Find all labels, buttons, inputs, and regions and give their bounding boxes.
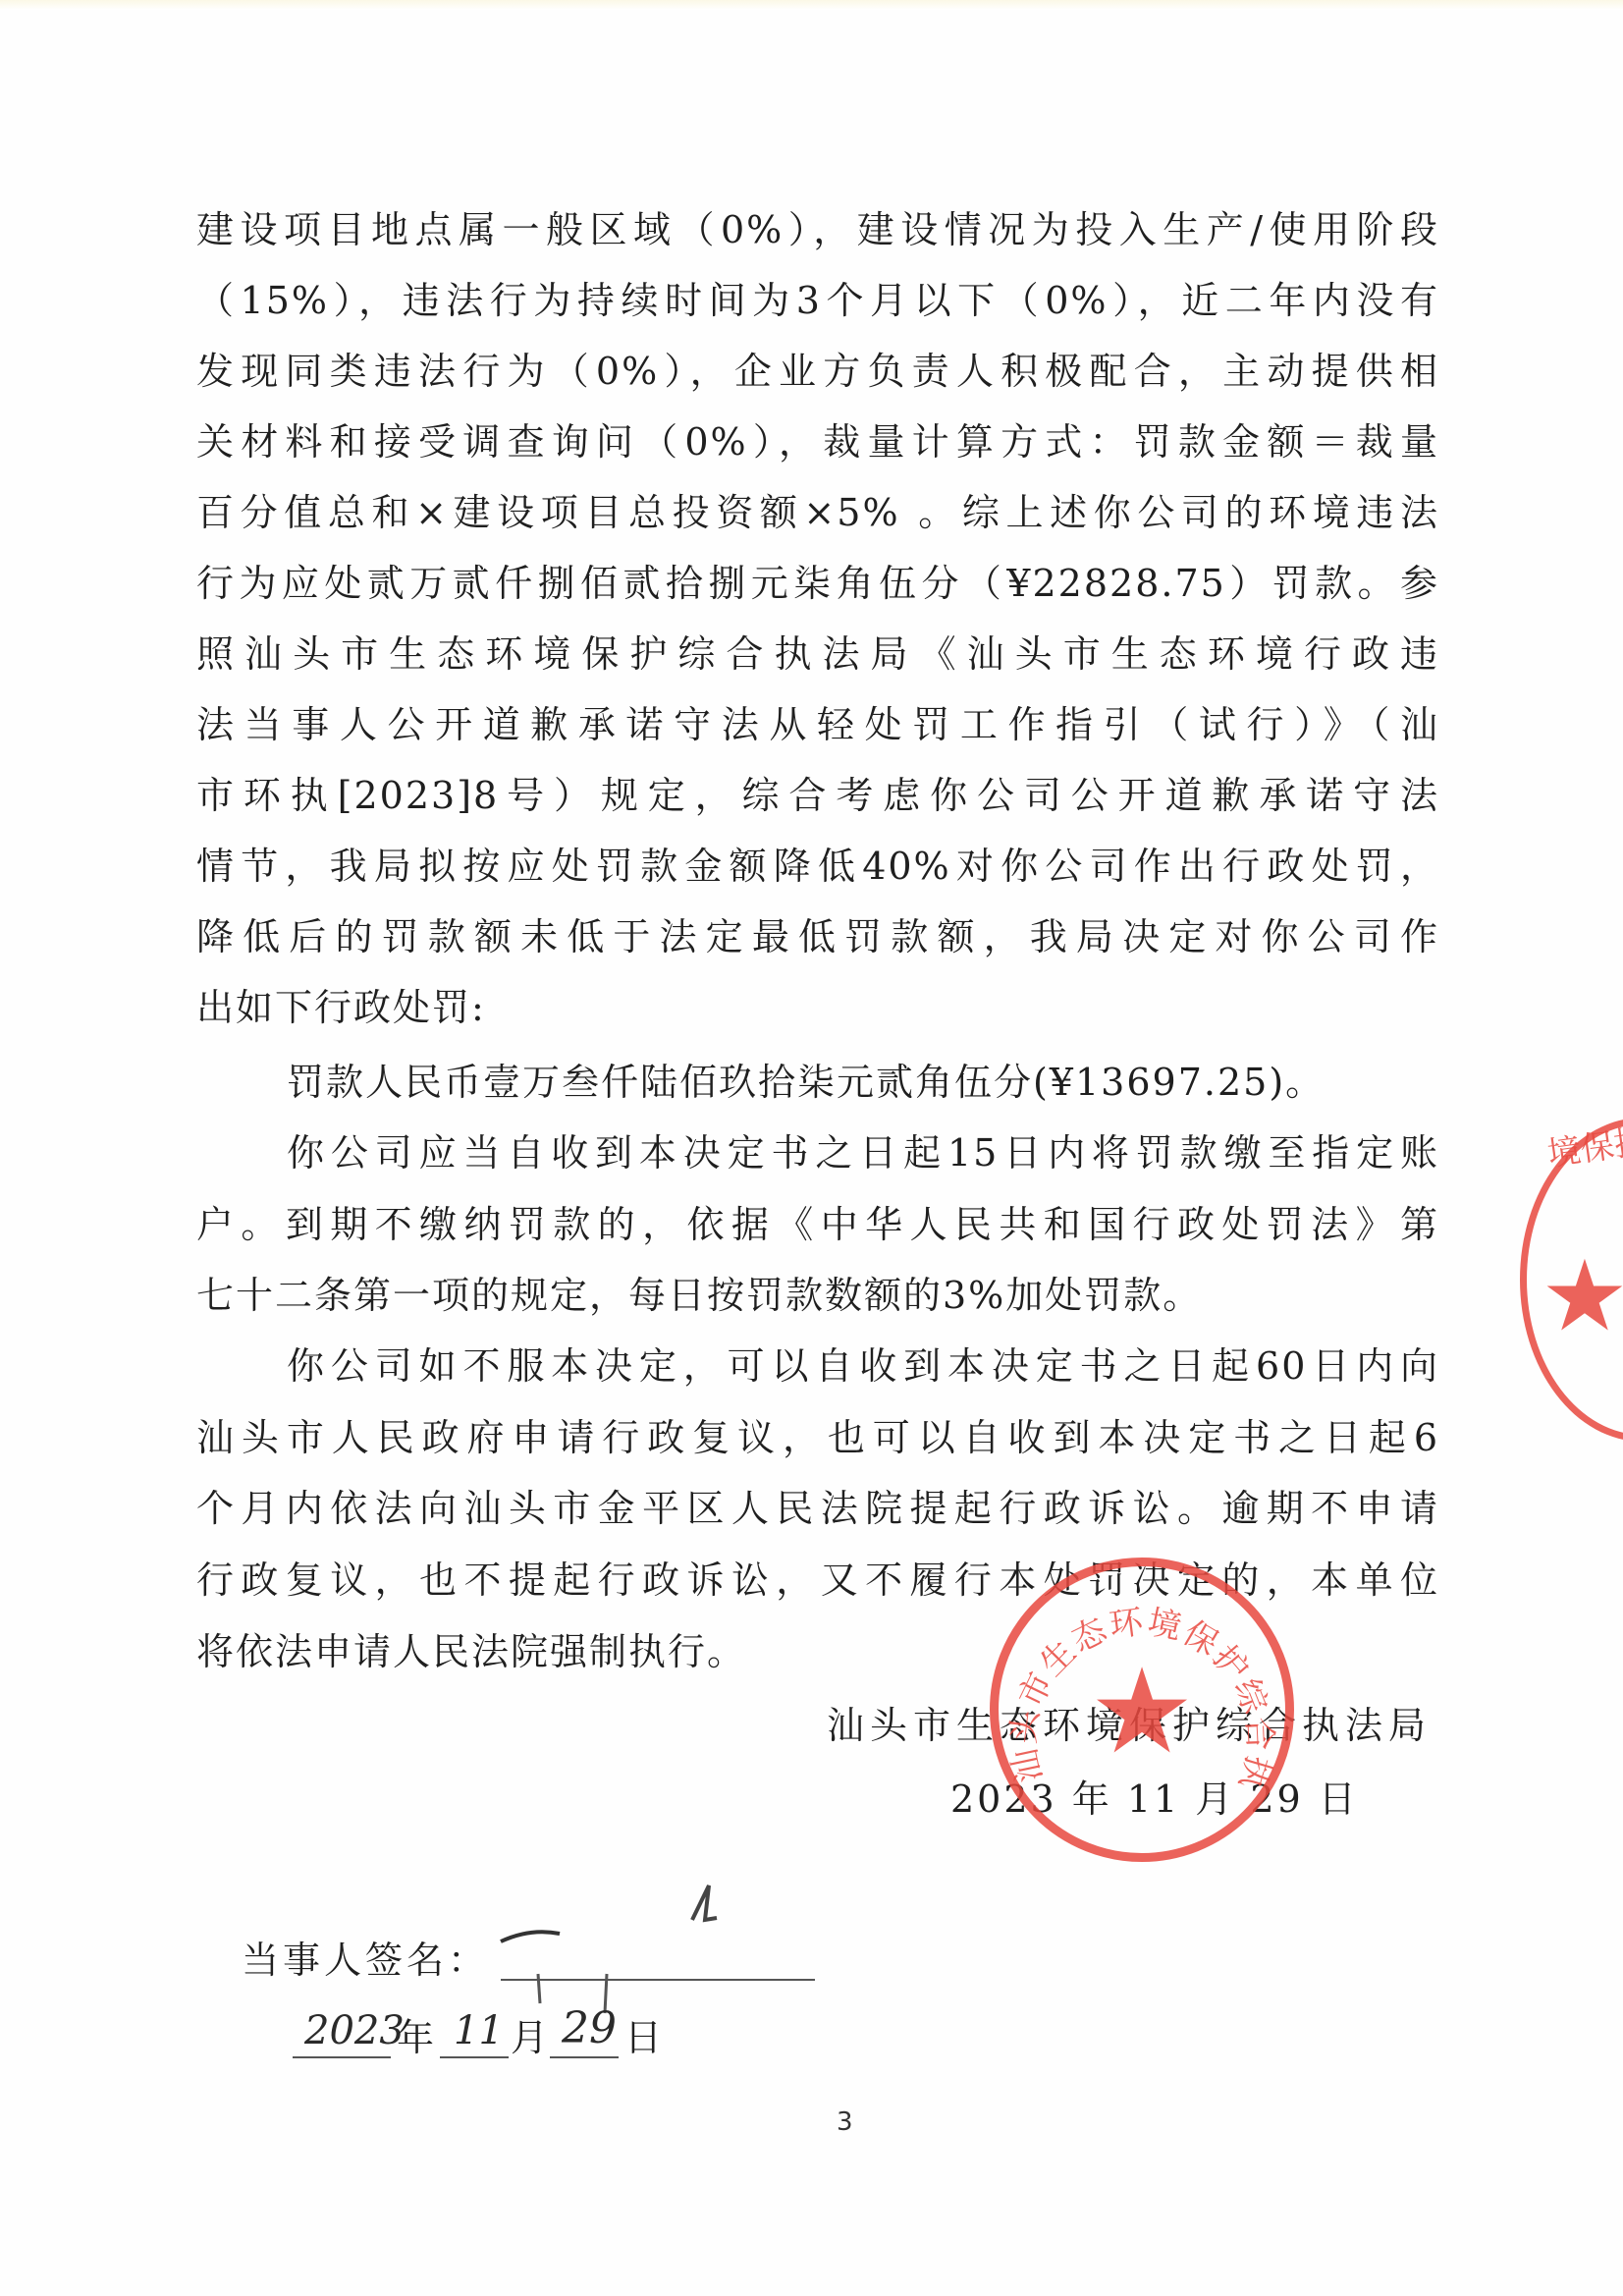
official-seal: 汕头市生态环境保护综合执法局 ★: [990, 1558, 1294, 1862]
body-line: 你公司应当自收到本决定书之日起15日内将罚款缴至指定账: [287, 1123, 1439, 1182]
body-line: 发现同类违法行为（0%），企业方负责人积极配合，主动提供相: [196, 342, 1439, 401]
scan-edge: [0, 0, 1623, 10]
handwritten-month: 11: [454, 2008, 504, 2053]
signature-label: 当事人签名：: [242, 1931, 489, 1990]
month-unit: 月: [511, 2008, 554, 2067]
body-line: 出如下行政处罚:: [196, 978, 1439, 1037]
partial-seal: 境保护 ★: [1520, 1118, 1623, 1442]
year-unit: 年: [397, 2008, 440, 2067]
handwritten-year: 2023: [304, 2008, 405, 2053]
body-line: 建设项目地点属一般区域（0%），建设情况为投入生产/使用阶段: [196, 200, 1439, 259]
body-line: 你公司如不服本决定，可以自收到本决定书之日起60日内向: [287, 1337, 1439, 1395]
day-unit: 日: [624, 2008, 668, 2067]
body-line: 七十二条第一项的规定，每日按罚款数额的3%加处罚款。: [196, 1266, 1439, 1325]
fine-amount-line: 罚款人民币壹万叁仟陆佰玖拾柒元贰角伍分(¥13697.25)。: [287, 1053, 1439, 1112]
body-line: 情节，我局拟按应处罚款金额降低40%对你公司作出行政处罚，: [196, 837, 1439, 896]
body-line: 汕头市人民政府申请行政复议，也可以自收到本决定书之日起6: [196, 1408, 1439, 1467]
month-blank[interactable]: [440, 2056, 509, 2058]
body-line: 降低后的罚款额未低于法定最低罚款额，我局决定对你公司作: [196, 907, 1439, 966]
body-line: 市环执[2023]8号）规定，综合考虑你公司公开道歉承诺守法: [196, 766, 1439, 825]
partial-seal-text: 境保护: [1537, 1121, 1623, 1175]
handwritten-day: 29: [562, 2003, 617, 2053]
year-blank[interactable]: [293, 2056, 391, 2058]
body-line: 照汕头市生态环境保护综合执法局《汕头市生态环境行政违: [196, 625, 1439, 683]
page-number: 3: [837, 2107, 853, 2137]
body-line: 关材料和接受调查询问（0%），裁量计算方式：罚款金额＝裁量: [196, 412, 1439, 471]
seal-star-icon: ★: [1531, 1242, 1623, 1350]
body-line: 户。到期不缴纳罚款的，依据《中华人民共和国行政处罚法》第: [196, 1195, 1439, 1254]
seal-star-icon: ★: [999, 1649, 1285, 1777]
handwritten-signature: [491, 1881, 805, 2018]
body-line: 个月内依法向汕头市金平区人民法院提起行政诉讼。逾期不申请: [196, 1479, 1439, 1538]
body-line: 百分值总和×建设项目总投资额×5% 。综上述你公司的环境违法: [196, 483, 1439, 542]
document-page: 建设项目地点属一般区域（0%），建设情况为投入生产/使用阶段 （15%），违法行…: [0, 0, 1623, 2296]
body-line: 行为应处贰万贰仟捌佰贰拾捌元柒角伍分（¥22828.75）罚款。参: [196, 554, 1439, 613]
body-line: （15%），违法行为持续时间为3个月以下（0%），近二年内没有: [196, 271, 1439, 330]
body-line: 法当事人公开道歉承诺守法从轻处罚工作指引（试行）》（汕: [196, 695, 1439, 754]
day-blank[interactable]: [550, 2056, 619, 2058]
